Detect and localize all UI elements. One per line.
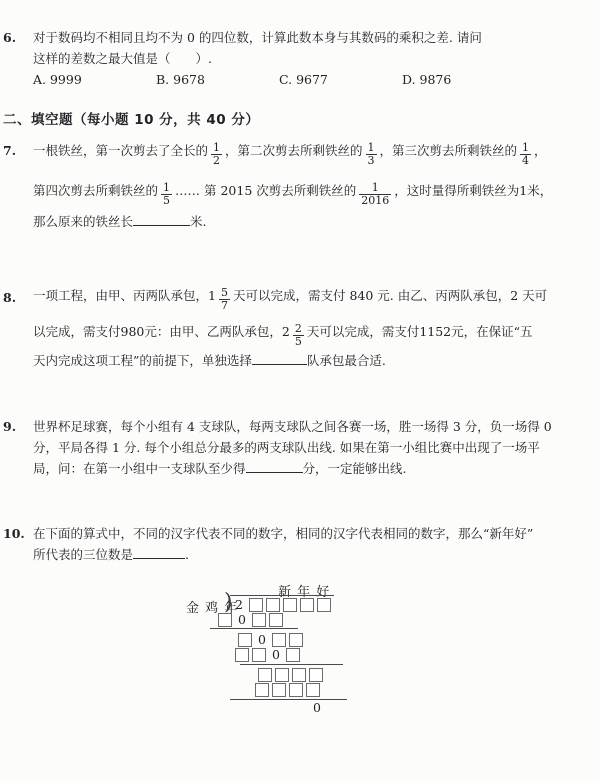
text-line: 这样的差数之最大值是（ ）. — [33, 48, 600, 69]
mixed-number: 157 — [208, 288, 233, 303]
digit-box — [255, 683, 269, 697]
question-body: 在下面的算式中，不同的汉字代表不同的数字，相同的汉字代表相同的数字，那么“新年好… — [33, 523, 600, 720]
digit-box — [252, 648, 266, 662]
question-number: 8. — [3, 278, 33, 371]
text-line: 一项工程，由甲、丙两队承包，157天可以完成，需支付 840 元. 由乙、丙两队… — [33, 278, 600, 314]
question-7: 7. 一根铁丝，第一次剪去了全长的12，第二次剪去所剩铁丝的13，第三次剪去所剩… — [3, 131, 600, 232]
digit-box — [238, 633, 252, 647]
digit-char: 0 — [310, 701, 324, 715]
digit-box — [306, 683, 320, 697]
text-line: 天内完成这项工程”的前提下，单独选择队承包最合适. — [33, 350, 600, 371]
question-body: 对于数码均不相同且均不为 0 的四位数，计算此数本身与其数码的乘积之差. 请问这… — [33, 27, 600, 90]
digit-box — [289, 633, 303, 647]
digit-box — [258, 668, 272, 682]
digit-box — [300, 598, 314, 612]
digit-box — [252, 613, 266, 627]
fraction: 57 — [219, 287, 230, 312]
digit-box — [283, 598, 297, 612]
question-10: 10. 在下面的算式中，不同的汉字代表不同的数字，相同的汉字代表相同的数字，那么… — [3, 523, 600, 720]
choice-option: B. 9678 — [156, 69, 279, 90]
digit-box — [317, 598, 331, 612]
answer-blank — [133, 545, 185, 559]
answer-blank — [252, 351, 307, 365]
work-row-4 — [258, 668, 323, 682]
choice-options: A. 9999B. 9678C. 9677D. 9876 — [33, 69, 600, 90]
digit-box — [235, 648, 249, 662]
text-line: 以完成，需支付980元：由甲、乙两队承包，225天可以完成，需支付1152元，在… — [33, 314, 600, 350]
digit-char: 0 — [269, 648, 283, 662]
fraction: 15 — [161, 182, 172, 207]
digit-box — [269, 613, 283, 627]
question-6: 6. 对于数码均不相同且均不为 0 的四位数，计算此数本身与其数码的乘积之差. … — [3, 27, 600, 90]
question-text: 在下面的算式中，不同的汉字代表不同的数字，相同的汉字代表相同的数字，那么“新年好… — [33, 523, 600, 565]
digit-box — [266, 598, 280, 612]
answer-blank — [133, 212, 190, 226]
work-row-2: 0 — [238, 633, 303, 647]
vinculum — [230, 595, 334, 596]
question-text: 对于数码均不相同且均不为 0 的四位数，计算此数本身与其数码的乘积之差. 请问这… — [33, 27, 600, 69]
digit-char: 2 — [232, 598, 246, 612]
text-line: 局，问：在第一小组中一支球队至少得分，一定能够出线. — [33, 458, 600, 479]
fraction: 25 — [293, 323, 304, 348]
question-number: 7. — [3, 131, 33, 232]
digit-char: 0 — [235, 613, 249, 627]
choice-option: D. 9876 — [402, 69, 525, 90]
digit-box — [272, 633, 286, 647]
fraction: 12 — [211, 142, 222, 167]
worksheet-page: 6. 对于数码均不相同且均不为 0 的四位数，计算此数本身与其数码的乘积之差. … — [0, 0, 600, 783]
text-line: 那么原来的铁丝长米. — [33, 211, 600, 232]
question-body: 一项工程，由甲、丙两队承包，157天可以完成，需支付 840 元. 由乙、丙两队… — [33, 278, 600, 371]
text-line: 世界杯足球赛，每个小组有 4 支球队，每两支球队之间各赛一场，胜一场得 3 分，… — [33, 416, 600, 437]
division-rule — [210, 628, 298, 629]
digit-box — [218, 613, 232, 627]
fraction: 12016 — [359, 182, 391, 207]
text-line: 在下面的算式中，不同的汉字代表不同的数字，相同的汉字代表相同的数字，那么“新年好… — [33, 523, 600, 544]
work-row-5 — [255, 683, 320, 697]
remainder-row: 0 — [310, 701, 324, 715]
division-rule — [240, 664, 343, 665]
question-body: 世界杯足球赛，每个小组有 4 支球队，每两支球队之间各赛一场，胜一场得 3 分，… — [33, 416, 600, 479]
question-text: 一项工程，由甲、丙两队承包，157天可以完成，需支付 840 元. 由乙、丙两队… — [33, 278, 600, 371]
question-text: 一根铁丝，第一次剪去了全长的12，第二次剪去所剩铁丝的13，第三次剪去所剩铁丝的… — [33, 131, 600, 232]
question-number: 9. — [3, 416, 33, 479]
digit-box — [289, 683, 303, 697]
fraction: 14 — [520, 142, 531, 167]
question-number: 6. — [3, 27, 33, 90]
choice-option: A. 9999 — [33, 69, 156, 90]
question-9: 9. 世界杯足球赛，每个小组有 4 支球队，每两支球队之间各赛一场，胜一场得 3… — [3, 416, 600, 479]
question-text: 世界杯足球赛，每个小组有 4 支球队，每两支球队之间各赛一场，胜一场得 3 分，… — [33, 416, 600, 479]
digit-box — [292, 668, 306, 682]
digit-box — [309, 668, 323, 682]
fraction: 13 — [366, 142, 377, 167]
mixed-number: 225 — [282, 324, 307, 339]
work-row-1: 0 — [218, 613, 283, 627]
digit-box — [272, 683, 286, 697]
digit-box — [275, 668, 289, 682]
question-8: 8. 一项工程，由甲、丙两队承包，157天可以完成，需支付 840 元. 由乙、… — [3, 278, 600, 371]
choice-option: C. 9677 — [279, 69, 402, 90]
division-rule — [230, 699, 347, 700]
dividend-row: 2 — [232, 598, 331, 612]
question-body: 一根铁丝，第一次剪去了全长的12，第二次剪去所剩铁丝的13，第三次剪去所剩铁丝的… — [33, 131, 600, 232]
long-division-diagram: 新 年 好 金 鸡 年 ) 20000 — [183, 578, 393, 720]
digit-char: 0 — [255, 633, 269, 647]
digit-box — [249, 598, 263, 612]
question-number: 10. — [3, 523, 33, 720]
section-header: 二、填空题（每小题 10 分，共 40 分） — [3, 110, 600, 131]
answer-blank — [246, 459, 303, 473]
text-line: 所代表的三位数是. — [33, 544, 600, 565]
digit-box — [286, 648, 300, 662]
text-line: 分，平局各得 1 分. 每个小组总分最多的两支球队出线. 如果在第一小组比赛中出… — [33, 437, 600, 458]
work-row-3: 0 — [235, 648, 300, 662]
text-line: 对于数码均不相同且均不为 0 的四位数，计算此数本身与其数码的乘积之差. 请问 — [33, 27, 600, 48]
text-line: 一根铁丝，第一次剪去了全长的12，第二次剪去所剩铁丝的13，第三次剪去所剩铁丝的… — [33, 131, 600, 171]
text-line: 第四次剪去所剩铁丝的15…… 第 2015 次剪去所剩铁丝的12016，这时量得… — [33, 171, 600, 211]
